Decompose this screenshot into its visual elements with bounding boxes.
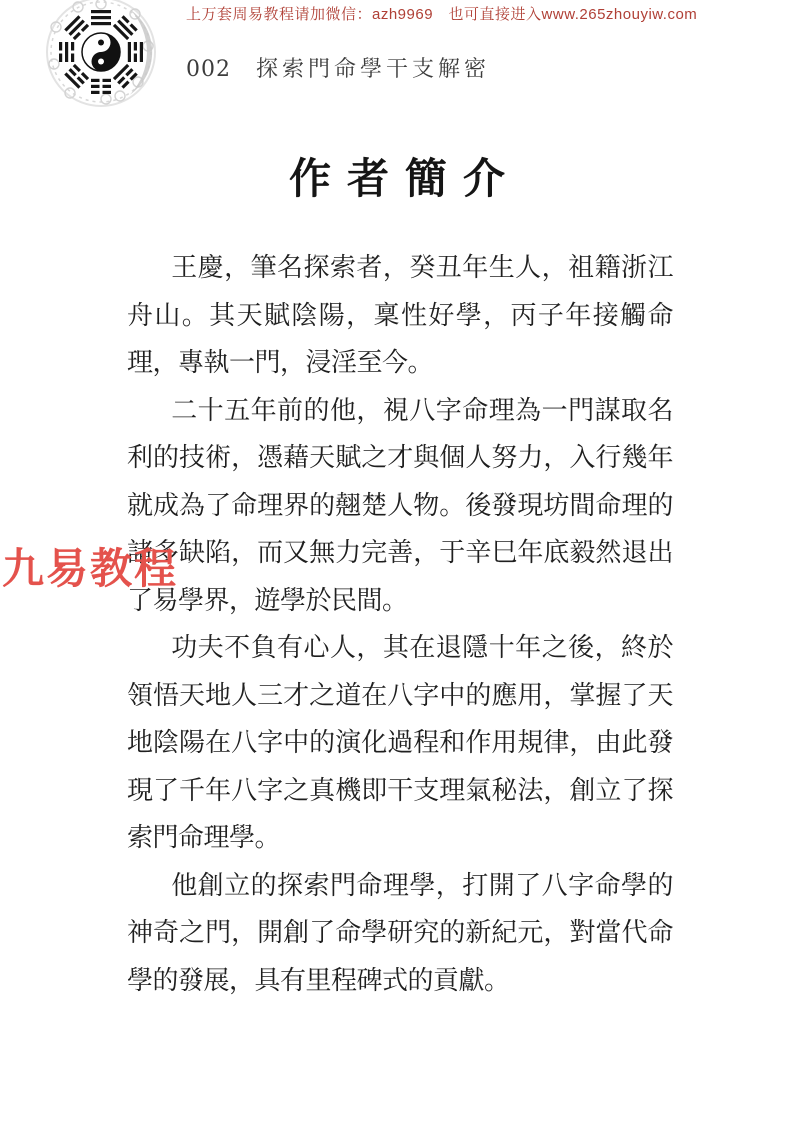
logo [20, 0, 182, 110]
taiji-icon [82, 33, 120, 71]
book-title: 探索門命學干支解密 [256, 57, 490, 82]
paragraph: 二十五年前的他，視八字命理為一門謀取名利的技術，憑藉天賦之才與個人努力，入行幾年… [127, 388, 673, 626]
page-number: 002 [186, 57, 231, 82]
page-title: 作者簡介 [0, 146, 794, 206]
watermark: 九易教程 [2, 536, 178, 596]
running-head: 002 探索門命學干支解密 [186, 52, 490, 83]
promo-line: 上万套周易教程请加微信：azh9969 也可直接进入www.265zhouyiw… [186, 5, 756, 25]
book-page: 上万套周易教程请加微信：azh9969 也可直接进入www.265zhouyiw… [0, 0, 794, 1123]
paragraph: 王慶，筆名探索者，癸丑年生人，祖籍浙江舟山。其天賦陰陽，稟性好學，丙子年接觸命理… [127, 245, 673, 388]
paragraph: 功夫不負有心人，其在退隱十年之後，終於領悟天地人三才之道在八字中的應用，掌握了天… [127, 625, 673, 863]
bagua-taiji-icon [20, 0, 182, 110]
body-text: 王慶，筆名探索者，癸丑年生人，祖籍浙江舟山。其天賦陰陽，稟性好學，丙子年接觸命理… [127, 245, 673, 1005]
paragraph: 他創立的探索門命理學，打開了八字命學的神奇之門，開創了命學研究的新紀元，對當代命… [127, 863, 673, 1006]
